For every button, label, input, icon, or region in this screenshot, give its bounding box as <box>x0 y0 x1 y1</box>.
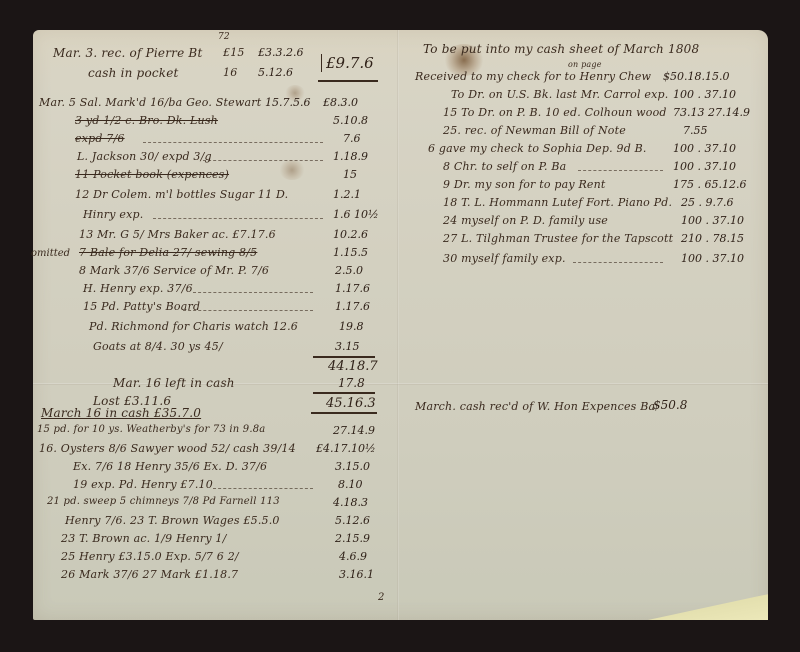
ledger-entry-amount: £8.3.0 <box>323 96 358 109</box>
right-entry-text: 27 L. Tilghman Trustee for the Tapscott <box>443 232 673 245</box>
ledger-entry-amount: 4.6.9 <box>339 550 367 563</box>
subtotal-amount: 44.18.7 <box>328 359 378 374</box>
ledger-entry-amount: 3.15.0 <box>335 460 370 473</box>
right-entry-text: To Dr. on U.S. Bk. last Mr. Carrol exp. <box>451 88 668 101</box>
total-double-rule <box>311 412 377 414</box>
ledger-entry-text: Mar. 5 Sal. Mark'd 16/ba Geo. Stewart <box>39 96 261 109</box>
ledger-entry-amount: 3.16.1 <box>339 568 374 581</box>
leader-dots <box>193 292 313 293</box>
right-entry-amount: 100 . 37.10 <box>681 214 744 227</box>
ledger-entry-text: 26 Mark 37/6 27 Mark £1.18.7 <box>61 568 238 581</box>
leader-dots <box>153 218 323 219</box>
header-line-1: Mar. 3. rec. of Pierre Bt <box>53 46 202 60</box>
header-bracket-total: £9.7.6 <box>321 54 374 72</box>
ledger-entry-amount: 8.10 <box>338 478 363 491</box>
right-entry-text: 8 Chr. to self on P. Ba <box>443 160 566 173</box>
paper-corner-curl <box>648 594 768 620</box>
right-entry-amount: 100 . 37.10 <box>673 142 736 155</box>
ledger-entry-amount: 27.14.9 <box>333 424 375 437</box>
ledger-entry-text: 3 yd 1/2 c. Bro. Dk. Lush <box>75 114 218 127</box>
ledger-entry-amount: 15 <box>343 168 357 181</box>
ledger-entry-text: Hinry exp. <box>83 208 143 221</box>
header-line-2: cash in pocket <box>88 66 179 80</box>
ledger-entry-amount: 5.12.6 <box>335 514 370 527</box>
right-entry-amount: 7.55 <box>683 124 708 137</box>
ledger-entry-amount: 1.2.1 <box>333 188 361 201</box>
ledger-entry-amount: 19.8 <box>339 320 364 333</box>
ledger-entry-amount: 2.15.9 <box>335 532 370 545</box>
total-rule <box>313 392 375 394</box>
ledger-entry-amount: 3.15 <box>335 340 360 353</box>
left-in-cash-label: Mar. 16 left in cash <box>113 376 235 390</box>
right-entry-amount: 73.13 27.14.9 <box>673 106 750 119</box>
ledger-entry-amount: 2.5.0 <box>335 264 363 277</box>
ledger-entry-amount: 4.18.3 <box>333 496 368 509</box>
right-entry-text: 9 Dr. my son for to pay Rent <box>443 178 606 191</box>
ledger-entry-amount: 1.17.6 <box>335 300 370 313</box>
ledger-entry-text: 19 exp. Pd. Henry £7.10 <box>73 478 213 491</box>
leader-dots <box>573 262 663 263</box>
header-line-1-amount: £3.3.2.6 <box>258 46 303 59</box>
header-line-2-amount: 5.12.6 <box>258 66 293 79</box>
ledger-entry-text: 23 T. Brown ac. 1/9 Henry 1/ <box>61 532 227 545</box>
ledger-entry-amount: £4.17.10½ <box>316 442 376 455</box>
right-entry-text: 24 myself on P. D. family use <box>443 214 608 227</box>
right-entry-text: 18 T. L. Hommann Lutef Fort. Piano Pd. <box>443 196 672 209</box>
header-small-number: 72 <box>218 32 230 42</box>
ledger-entry-text: 16. Oysters 8/6 Sawyer wood 52/ cash 39/… <box>39 442 296 455</box>
vertical-fold-crease <box>397 30 399 620</box>
ledger-entry-text: 15 Pd. Patty's Board <box>83 300 200 313</box>
leader-dots <box>213 488 313 489</box>
right-entry-amount: 175 . 65.12.6 <box>673 178 746 191</box>
ledger-entry-text: 7 Bale for Delia 27/ sewing 8/5 <box>79 246 257 259</box>
ledger-entry-text: 21 pd. sweep 5 chimneys 7/8 Pd Farnell 1… <box>47 496 280 507</box>
ledger-entry-text: 8 Mark 37/6 Service of Mr. P. 7/6 <box>79 264 269 277</box>
right-bottom-note: March. cash rec'd of W. Hon Expences Ba <box>415 400 655 413</box>
ledger-entry-amount: 1.17.6 <box>335 282 370 295</box>
ledger-entry-text: 11 Pocket book (expences) <box>75 168 229 181</box>
right-entry-amount: 210 . 78.15 <box>681 232 744 245</box>
right-entry-text: 15 To Dr. on P. B. 10 ed. Colhoun wood <box>443 106 667 119</box>
ink-stain <box>279 160 305 180</box>
right-entry-text: 30 myself family exp. <box>443 252 566 265</box>
header-line-2-mid: 16 <box>223 66 237 79</box>
ledger-entry-text: 25 Henry £3.15.0 Exp. 5/7 6 2/ <box>61 550 239 563</box>
right-entry-amount: $50.18.15.0 <box>663 70 729 83</box>
leader-dots <box>578 170 663 171</box>
subtotal-rule <box>313 356 375 358</box>
right-bottom-amount: $50.8 <box>653 398 687 412</box>
ledger-entry-amount: 1.6 10½ <box>333 208 379 221</box>
ledger-entry-amount: 1.15.5 <box>333 246 368 259</box>
ledger-entry-text: Pd. Richmond for Charis watch 12.6 <box>89 320 298 333</box>
ledger-entry-text: L. Jackson 30/ expd 3/g <box>77 150 212 163</box>
march-cash-line: March 16 in cash £35.7.0 <box>41 406 201 420</box>
ledger-entry-amount: 5.10.8 <box>333 114 368 127</box>
right-entry-amount: 100 . 37.10 <box>673 88 736 101</box>
right-entry-amount: 100 . 37.10 <box>681 252 744 265</box>
ledger-entry-amount: 7.6 <box>343 132 361 145</box>
header-line-1-mid: £15 <box>223 46 245 59</box>
total-amount: 45.16.3 <box>326 396 376 411</box>
right-entry-text: Received to my check for to Henry Chew <box>415 70 651 83</box>
ledger-entry-text: Henry 7/6. 23 T. Brown Wages £5.5.0 <box>65 514 280 527</box>
ledger-entry-mid: 15.7.5.6 <box>265 96 310 109</box>
page-number: 2 <box>378 592 384 603</box>
leader-dots <box>203 160 323 161</box>
ledger-entry-text: Ex. 7/6 18 Henry 35/6 Ex. D. 37/6 <box>73 460 267 473</box>
right-header-line: To be put into my cash sheet of March 18… <box>423 42 699 56</box>
right-entry-amount: 100 . 37.10 <box>673 160 736 173</box>
margin-note-omitted: omitted <box>31 248 70 259</box>
right-entry-text: 6 gave my check to Sophia Dep. 9d B. <box>428 142 647 155</box>
right-entry-amount: 25 . 9.7.6 <box>681 196 733 209</box>
ledger-entry-text: 13 Mr. G 5/ Mrs Baker ac. £7.17.6 <box>79 228 276 241</box>
right-entry-text: 25. rec. of Newman Bill of Note <box>443 124 626 137</box>
right-header-small: on page <box>568 60 602 69</box>
leader-dots <box>143 142 323 143</box>
leader-dots <box>183 310 313 311</box>
ledger-entry-text: 12 Dr Colem. m'l bottles Sugar 11 D. <box>75 188 288 201</box>
ledger-entry-text: Goats at 8/4. 30 ys 45/ <box>93 340 223 353</box>
header-underline <box>318 80 378 82</box>
ledger-entry-amount: 10.2.6 <box>333 228 368 241</box>
ledger-entry-amount: 1.18.9 <box>333 150 368 163</box>
ledger-entry-text: 15 pd. for 10 ys. Weatherby's for 73 in … <box>37 424 265 435</box>
ledger-entry-text: H. Henry exp. 37/6 <box>83 282 193 295</box>
ledger-paper: 72 Mar. 3. rec. of Pierre Bt £15 £3.3.2.… <box>33 30 768 620</box>
left-in-cash-amount: 17.8 <box>338 376 365 390</box>
ledger-entry-text: expd 7/6 <box>75 132 125 145</box>
scan-background: 72 Mar. 3. rec. of Pierre Bt £15 £3.3.2.… <box>0 0 800 652</box>
